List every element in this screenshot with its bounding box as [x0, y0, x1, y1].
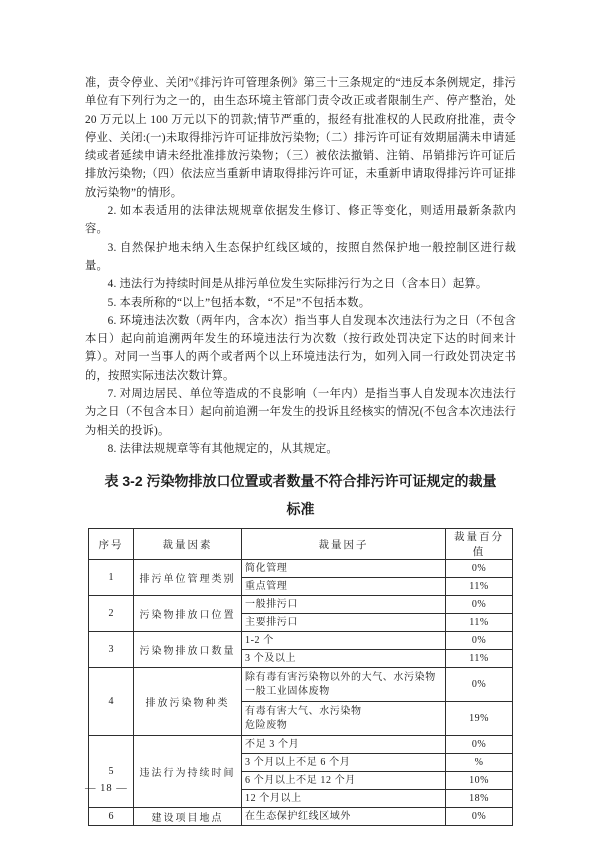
table-header-row: 序号 裁量因素 裁量因子 裁量百分值 — [89, 529, 513, 560]
cell-discretion-subfactor: 1-2 个 — [242, 632, 446, 650]
cell-discretion-factor: 违法行为持续时间 — [134, 736, 242, 808]
note-item-8: 8. 法律法规规章等有其他规定的，从其规定。 — [85, 440, 516, 458]
note-item-7: 7. 对周边居民、单位等造成的不良影响（一年内）是指当事人自发现本次违法行为之日… — [85, 385, 516, 440]
cell-discretion-factor: 污染物排放口位置 — [134, 596, 242, 632]
paragraph-legal-citation: 准，责令停业、关闭”《排污许可管理条例》第三十三条规定的“违反本条例规定，排污单… — [85, 74, 516, 202]
header-discretion-factor: 裁量因素 — [134, 529, 242, 560]
cell-discretion-percentage: 11% — [446, 614, 513, 632]
cell-discretion-percentage: 11% — [446, 650, 513, 668]
header-discretion-subfactor: 裁量因子 — [242, 529, 446, 560]
cell-discretion-percentage: 0% — [446, 668, 513, 702]
cell-discretion-factor: 排污单位管理类别 — [134, 560, 242, 596]
note-item-5: 5. 本表所称的“以上”包括本数，“不足”不包括本数。 — [85, 294, 516, 312]
cell-discretion-percentage: 18% — [446, 790, 513, 808]
cell-discretion-subfactor: 12 个月以上 — [242, 790, 446, 808]
discretion-table-body: 1排污单位管理类别简化管理0%重点管理11%2污染物排放口位置一般排污口0%主要… — [89, 560, 513, 826]
discretion-table: 序号 裁量因素 裁量因子 裁量百分值 1排污单位管理类别简化管理0%重点管理11… — [88, 528, 513, 826]
cell-discretion-subfactor: 有毒有害大气、水污染物危险废物 — [242, 702, 446, 736]
table-row: 1排污单位管理类别简化管理0% — [89, 560, 513, 578]
cell-discretion-percentage: 11% — [446, 578, 513, 596]
table-row: 4排放污染物种类除有毒有害污染物以外的大气、水污染物一般工业固体废物0% — [89, 668, 513, 702]
cell-discretion-subfactor: 3 个月以上不足 6 个月 — [242, 754, 446, 772]
cell-discretion-percentage: 0% — [446, 808, 513, 826]
cell-serial-number: 1 — [89, 560, 134, 596]
document-content: 准，责令停业、关闭”《排污许可管理条例》第三十三条规定的“违反本条例规定，排污单… — [85, 74, 516, 826]
header-discretion-percentage: 裁量百分值 — [446, 529, 513, 560]
cell-discretion-percentage: 19% — [446, 702, 513, 736]
page-number: — 18 — — [85, 783, 128, 794]
cell-discretion-subfactor: 除有毒有害污染物以外的大气、水污染物一般工业固体废物 — [242, 668, 446, 702]
cell-discretion-percentage: 10% — [446, 772, 513, 790]
cell-discretion-factor: 建设项目地点 — [134, 808, 242, 826]
cell-discretion-subfactor: 6 个月以上不足 12 个月 — [242, 772, 446, 790]
table-row: 5违法行为持续时间不足 3 个月0% — [89, 736, 513, 754]
document-page: 准，责令停业、关闭”《排污许可管理条例》第三十三条规定的“违反本条例规定，排污单… — [0, 0, 600, 848]
cell-discretion-percentage: 0% — [446, 596, 513, 614]
table-title: 表 3-2 污染物排放口位置或者数量不符合排污许可证规定的裁量标准 — [103, 467, 499, 523]
cell-discretion-subfactor: 一般排污口 — [242, 596, 446, 614]
cell-discretion-subfactor: 3 个及以上 — [242, 650, 446, 668]
note-item-2: 2. 如本表适用的法律法规规章依据发生修订、修正等变化，则适用最新条款内容。 — [85, 202, 516, 239]
cell-serial-number: 3 — [89, 632, 134, 668]
table-row: 2污染物排放口位置一般排污口0% — [89, 596, 513, 614]
cell-discretion-subfactor: 在生态保护红线区域外 — [242, 808, 446, 826]
table-row: 6建设项目地点在生态保护红线区域外0% — [89, 808, 513, 826]
cell-discretion-factor: 排放污染物种类 — [134, 668, 242, 736]
cell-discretion-subfactor: 简化管理 — [242, 560, 446, 578]
cell-discretion-percentage: 0% — [446, 632, 513, 650]
note-item-4: 4. 违法行为持续时间是从排污单位发生实际排污行为之日（含本日）起算。 — [85, 275, 516, 293]
note-item-6: 6. 环境违法次数（两年内，含本次）指当事人自发现本次违法行为之日（不包含本日）… — [85, 312, 516, 385]
cell-serial-number: 4 — [89, 668, 134, 736]
table-row: 3污染物排放口数量1-2 个0% — [89, 632, 513, 650]
cell-discretion-factor: 污染物排放口数量 — [134, 632, 242, 668]
cell-discretion-percentage: 0% — [446, 560, 513, 578]
cell-discretion-subfactor: 重点管理 — [242, 578, 446, 596]
cell-serial-number: 6 — [89, 808, 134, 826]
cell-discretion-subfactor: 不足 3 个月 — [242, 736, 446, 754]
cell-discretion-percentage: % — [446, 754, 513, 772]
header-serial-number: 序号 — [89, 529, 134, 560]
note-item-3: 3. 自然保护地未纳入生态保护红线区域的，按照自然保护地一般控制区进行裁量。 — [85, 239, 516, 276]
cell-discretion-percentage: 0% — [446, 736, 513, 754]
cell-discretion-subfactor: 主要排污口 — [242, 614, 446, 632]
cell-serial-number: 5 — [89, 736, 134, 808]
cell-serial-number: 2 — [89, 596, 134, 632]
